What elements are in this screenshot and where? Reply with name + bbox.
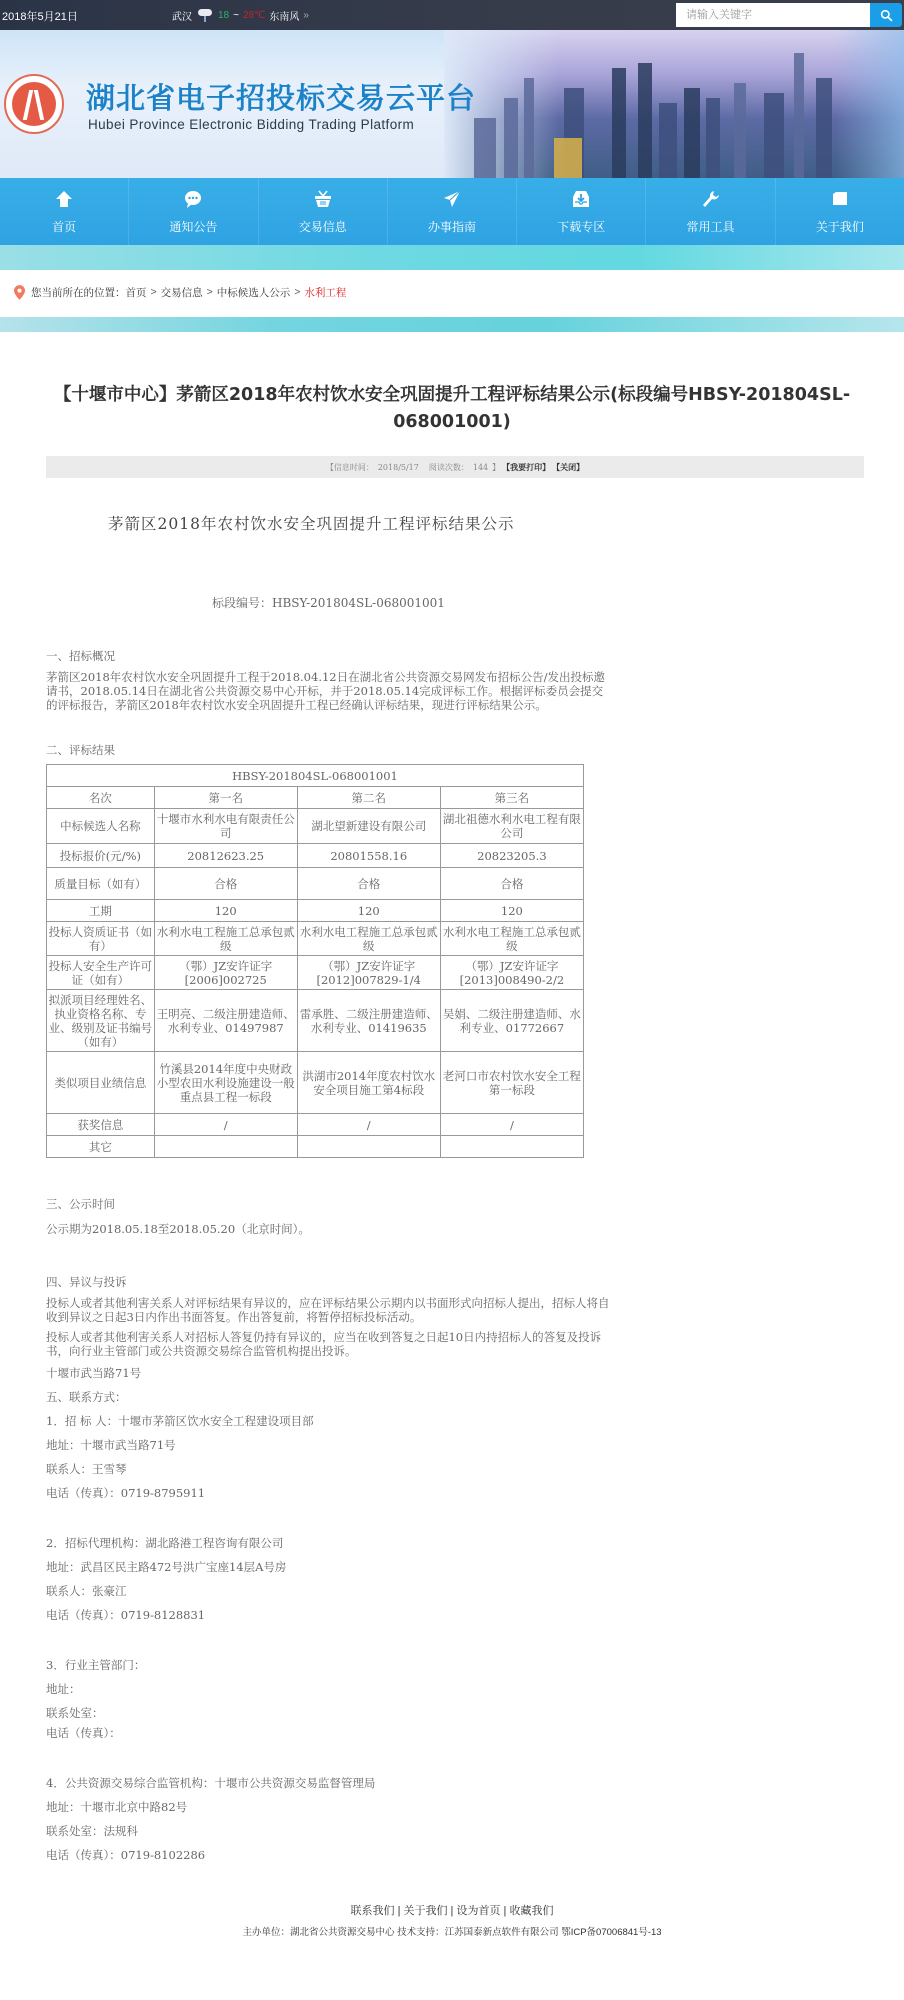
article-meta-bar: 【信息时间： 2018/5/17 阅读次数： 144 】 【我要打印】 【关闭】 <box>46 456 864 478</box>
table-cell: （鄂）JZ安许证字[2013]008490-2/2 <box>440 956 583 990</box>
table-cell: 雷承胜、二级注册建造师、水利专业、01419635 <box>297 990 440 1052</box>
table-cell: 吴娟、二级注册建造师、水利专业、01772667 <box>440 990 583 1052</box>
bid-section-number: 标段编号：HBSY-201804SL-068001001 <box>46 594 904 611</box>
contact-person: 联系人：张豪江 <box>46 1584 904 1598</box>
table-cell: 水利水电工程施工总承包贰级 <box>297 922 440 956</box>
contact-org: 3．行业主管部门： <box>46 1658 904 1672</box>
footer-link-contact[interactable]: 联系我们 <box>351 1905 395 1917</box>
contact-phone: 电话（传真）：0719-8795911 <box>46 1486 904 1500</box>
temp-separator: ~ <box>233 10 239 21</box>
table-cell: / <box>297 1114 440 1136</box>
contact-person: 联系处室：法规科 <box>46 1824 904 1838</box>
table-header-cell: 名次 <box>47 787 155 809</box>
table-cell: 老河口市农村饮水安全工程第一标段 <box>440 1052 583 1114</box>
nav-item-label: 交易信息 <box>299 218 347 235</box>
contact-block-supervision: 4．公共资源交易综合监管机构：十堰市公共资源交易监督管理局 地址：十堰市北京中路… <box>46 1776 904 1862</box>
nav-item-downloads[interactable]: 下载专区 <box>517 178 646 245</box>
nav-item-label: 关于我们 <box>816 218 864 235</box>
table-cell: （鄂）JZ安许证字[2012]007829-1/4 <box>297 956 440 990</box>
wrench-icon <box>701 189 721 209</box>
table-cell: 湖北望新建设有限公司 <box>297 809 440 844</box>
objection-text-2: 投标人或者其他利害关系人对招标人答复仍持有异议的，应当在收到答复之日起10日内持… <box>46 1330 612 1358</box>
site-subtitle: Hubei Province Electronic Bidding Tradin… <box>88 117 414 132</box>
site-title: 湖北省电子招投标交易云平台 <box>86 76 476 117</box>
table-row-label: 质量目标（如有） <box>47 868 155 900</box>
footer-link-about[interactable]: 关于我们 <box>404 1905 448 1917</box>
table-row-label: 拟派项目经理姓名、执业资格名称、专业、级别及证书编号（如有） <box>47 990 155 1052</box>
main-nav: 首页 通知公告 交易信息 办事指南 下载专区 常用工具 关于我们 <box>0 178 904 245</box>
breadcrumb-prefix: 您当前所在的位置： <box>31 285 126 300</box>
table-row-label: 其它 <box>47 1136 155 1158</box>
table-cell <box>440 1136 583 1158</box>
table-cell: 20823205.3 <box>440 844 583 868</box>
info-time-value: 2018/5/17 <box>378 463 419 472</box>
table-row-label: 中标候选人名称 <box>47 809 155 844</box>
table-row-label: 获奖信息 <box>47 1114 155 1136</box>
nav-item-label: 首页 <box>52 218 76 235</box>
table-row: 工期 120 120 120 <box>47 900 584 922</box>
table-row: 投标报价(元/%) 20812623.25 20801558.16 208232… <box>47 844 584 868</box>
table-cell: 竹溪县2014年度中央财政小型农田水利设施建设一般重点县工程一标段 <box>154 1052 297 1114</box>
contact-person: 联系人：王雪琴 <box>46 1462 904 1476</box>
nav-item-label: 常用工具 <box>687 218 735 235</box>
table-cell: 120 <box>154 900 297 922</box>
contact-phone: 电话（传真）：0719-8128831 <box>46 1608 904 1622</box>
section-overview-text: 茅箭区2018年农村饮水安全巩固提升工程于2018.04.12日在湖北省公共资源… <box>46 670 612 712</box>
table-row: 投标人资质证书（如有） 水利水电工程施工总承包贰级 水利水电工程施工总承包贰级 … <box>47 922 584 956</box>
nav-item-label: 通知公告 <box>169 218 217 235</box>
objection-text-1: 投标人或者其他利害关系人对评标结果有异议的，应在评标结果公示期内以书面形式向招标… <box>46 1296 612 1324</box>
search-button[interactable] <box>870 3 902 27</box>
nav-item-label: 下载专区 <box>557 218 605 235</box>
print-button[interactable]: 【我要打印】 <box>502 462 550 473</box>
double-chevron-right-icon[interactable]: » <box>303 10 309 21</box>
contact-address: 地址： <box>46 1682 904 1696</box>
table-row-label: 类似项目业绩信息 <box>47 1052 155 1114</box>
breadcrumb: 您当前所在的位置： 首页 > 交易信息 > 中标候选人公示 > 水利工程 <box>0 270 904 314</box>
table-row: 获奖信息 / / / <box>47 1114 584 1136</box>
nav-item-notices[interactable]: 通知公告 <box>129 178 258 245</box>
paper-plane-icon <box>442 189 462 209</box>
section-heading-publicity-period: 三、公示时间 <box>46 1196 904 1212</box>
search-input[interactable] <box>676 3 870 27</box>
table-cell: / <box>154 1114 297 1136</box>
table-cell: 20801558.16 <box>297 844 440 868</box>
platform-logo[interactable] <box>4 74 64 134</box>
location-pin-icon <box>14 285 25 300</box>
table-cell: 20812623.25 <box>154 844 297 868</box>
table-cell: 十堰市水利水电有限责任公司 <box>154 809 297 844</box>
contact-org: 1．招 标 人：十堰市茅箭区饮水安全工程建设项目部 <box>46 1414 904 1428</box>
decorative-strip <box>0 317 904 332</box>
weather-city: 武汉 <box>172 8 192 23</box>
contact-block-industry-dept: 3．行业主管部门： 地址： 联系处室： 电话（传真）： <box>46 1658 904 1740</box>
table-header-cell: 第一名 <box>154 787 297 809</box>
section-heading-objections: 四、异议与投诉 <box>46 1274 904 1290</box>
download-tray-icon <box>571 189 591 209</box>
table-cell: 120 <box>297 900 440 922</box>
table-row: 拟派项目经理姓名、执业资格名称、专业、级别及证书编号（如有） 王明亮、二级注册建… <box>47 990 584 1052</box>
decorative-strip <box>0 245 904 270</box>
table-row-label: 投标人安全生产许可证（如有） <box>47 956 155 990</box>
contact-org: 4．公共资源交易综合监管机构：十堰市公共资源交易监督管理局 <box>46 1776 904 1790</box>
footer-link-set-homepage[interactable]: 设为首页 <box>456 1905 500 1917</box>
footer-links: 联系我们 | 关于我们 | 设为首页 | 收藏我们 <box>0 1902 904 1918</box>
chat-bubble-icon <box>183 189 203 209</box>
current-date: 2018年5月21日 <box>2 8 78 24</box>
contact-person: 联系处室： <box>46 1706 904 1720</box>
document-body: 茅箭区2018年农村饮水安全巩固提升工程评标结果公示 标段编号：HBSY-201… <box>0 512 904 1862</box>
table-cell: 合格 <box>297 868 440 900</box>
article-title: 【十堰市中心】茅箭区2018年农村饮水安全巩固提升工程评标结果公示(标段编号HB… <box>40 382 864 436</box>
table-cell <box>297 1136 440 1158</box>
temp-high: 28℃ <box>243 10 265 21</box>
table-header-cell: 第三名 <box>440 787 583 809</box>
breadcrumb-candidate-notice[interactable]: 中标候选人公示 <box>217 285 291 300</box>
table-row-label: 投标人资质证书（如有） <box>47 922 155 956</box>
table-cell: 水利水电工程施工总承包贰级 <box>440 922 583 956</box>
contact-org: 2．招标代理机构：湖北路港工程咨询有限公司 <box>46 1536 904 1550</box>
nav-item-guide[interactable]: 办事指南 <box>388 178 517 245</box>
table-caption-row: HBSY-201804SL-068001001 <box>47 765 584 787</box>
table-cell: / <box>440 1114 583 1136</box>
breadcrumb-separator: > <box>151 286 157 298</box>
table-cell: （鄂）JZ安许证字[2006]002725 <box>154 956 297 990</box>
meta-close-bracket: 】 <box>492 462 500 473</box>
header-banner: 湖北省电子招投标交易云平台 Hubei Province Electronic … <box>0 30 904 178</box>
table-row-label: 投标报价(元/%) <box>47 844 155 868</box>
cloud-rain-icon <box>196 7 214 21</box>
table-cell: 王明亮、二级注册建造师、水利专业、01497987 <box>154 990 297 1052</box>
read-count-value: 144 <box>473 463 488 472</box>
table-row: 质量目标（如有） 合格 合格 合格 <box>47 868 584 900</box>
nav-item-home[interactable]: 首页 <box>0 178 129 245</box>
document-title: 茅箭区2018年农村饮水安全巩固提升工程评标结果公示 <box>46 512 904 534</box>
basket-icon <box>313 189 333 209</box>
footer-link-separator: | <box>395 1905 404 1917</box>
table-cell <box>154 1136 297 1158</box>
contact-address: 地址：十堰市武当路71号 <box>46 1438 904 1452</box>
nav-item-trading-info[interactable]: 交易信息 <box>259 178 388 245</box>
table-cell: 水利水电工程施工总承包贰级 <box>154 922 297 956</box>
table-row: 其它 <box>47 1136 584 1158</box>
table-cell: 洪湖市2014年度农村饮水安全项目施工第4标段 <box>297 1052 440 1114</box>
table-caption: HBSY-201804SL-068001001 <box>47 765 584 787</box>
breadcrumb-separator: > <box>294 286 300 298</box>
home-icon <box>54 189 74 209</box>
contact-address: 地址：十堰市北京中路82号 <box>46 1800 904 1814</box>
breadcrumb-separator: > <box>207 286 213 298</box>
table-header-cell: 第二名 <box>297 787 440 809</box>
breadcrumb-current[interactable]: 水利工程 <box>304 285 346 300</box>
nav-item-tools[interactable]: 常用工具 <box>646 178 775 245</box>
section-heading-results: 二、评标结果 <box>46 742 904 758</box>
table-header-row: 名次 第一名 第二名 第三名 <box>47 787 584 809</box>
contact-block-tenderer: 1．招 标 人：十堰市茅箭区饮水安全工程建设项目部 地址：十堰市武当路71号 联… <box>46 1414 904 1500</box>
table-cell: 湖北祖德水利水电工程有限公司 <box>440 809 583 844</box>
search-icon <box>880 9 893 22</box>
table-cell: 合格 <box>440 868 583 900</box>
info-time-label: 【信息时间： <box>326 462 374 473</box>
table-cell: 120 <box>440 900 583 922</box>
close-button[interactable]: 【关闭】 <box>552 462 584 473</box>
footer-info: 主办单位：湖北省公共资源交易中心 技术支持：江苏国泰新点软件有限公司 鄂ICP备… <box>0 1924 904 1938</box>
card-icon <box>830 189 850 209</box>
wind-direction: 东南风 <box>269 8 299 23</box>
read-count-label: 阅读次数： <box>429 462 469 473</box>
table-row: 类似项目业绩信息 竹溪县2014年度中央财政小型农田水利设施建设一般重点县工程一… <box>47 1052 584 1114</box>
footer-link-bookmark[interactable]: 收藏我们 <box>509 1905 553 1917</box>
contact-address: 地址：武昌区民主路472号洪广宝座14层A号房 <box>46 1560 904 1574</box>
table-row: 中标候选人名称 十堰市水利水电有限责任公司 湖北望新建设有限公司 湖北祖德水利水… <box>47 809 584 844</box>
contact-phone: 电话（传真）：0719-8102286 <box>46 1848 904 1862</box>
temp-low: 18 <box>218 10 229 21</box>
table-row: 投标人安全生产许可证（如有） （鄂）JZ安许证字[2006]002725 （鄂）… <box>47 956 584 990</box>
city-skyline-image <box>444 30 904 178</box>
top-bar: 2018年5月21日 武汉 18~28℃ 东南风 » <box>0 0 904 30</box>
footer: 联系我们 | 关于我们 | 设为首页 | 收藏我们 主办单位：湖北省公共资源交易… <box>0 1902 904 1958</box>
weather-widget[interactable]: 武汉 18~28℃ 东南风 » <box>172 8 309 23</box>
contact-phone: 电话（传真）： <box>46 1726 904 1740</box>
breadcrumb-trading-info[interactable]: 交易信息 <box>161 285 203 300</box>
search-box <box>676 3 902 27</box>
evaluation-results-table: HBSY-201804SL-068001001 名次 第一名 第二名 第三名 中… <box>46 764 584 1158</box>
nav-item-label: 办事指南 <box>428 218 476 235</box>
publicity-period-text: 公示期为2018.05.18至2018.05.20（北京时间）。 <box>46 1222 904 1236</box>
breadcrumb-home[interactable]: 首页 <box>126 285 147 300</box>
section-heading-contacts: 五、联系方式： <box>46 1390 904 1404</box>
table-cell: 合格 <box>154 868 297 900</box>
contact-block-agency: 2．招标代理机构：湖北路港工程咨询有限公司 地址：武昌区民主路472号洪广宝座1… <box>46 1536 904 1622</box>
nav-item-about[interactable]: 关于我们 <box>776 178 904 245</box>
section-heading-overview: 一、招标概况 <box>46 648 904 664</box>
table-row-label: 工期 <box>47 900 155 922</box>
objection-address: 十堰市武当路71号 <box>46 1366 904 1380</box>
